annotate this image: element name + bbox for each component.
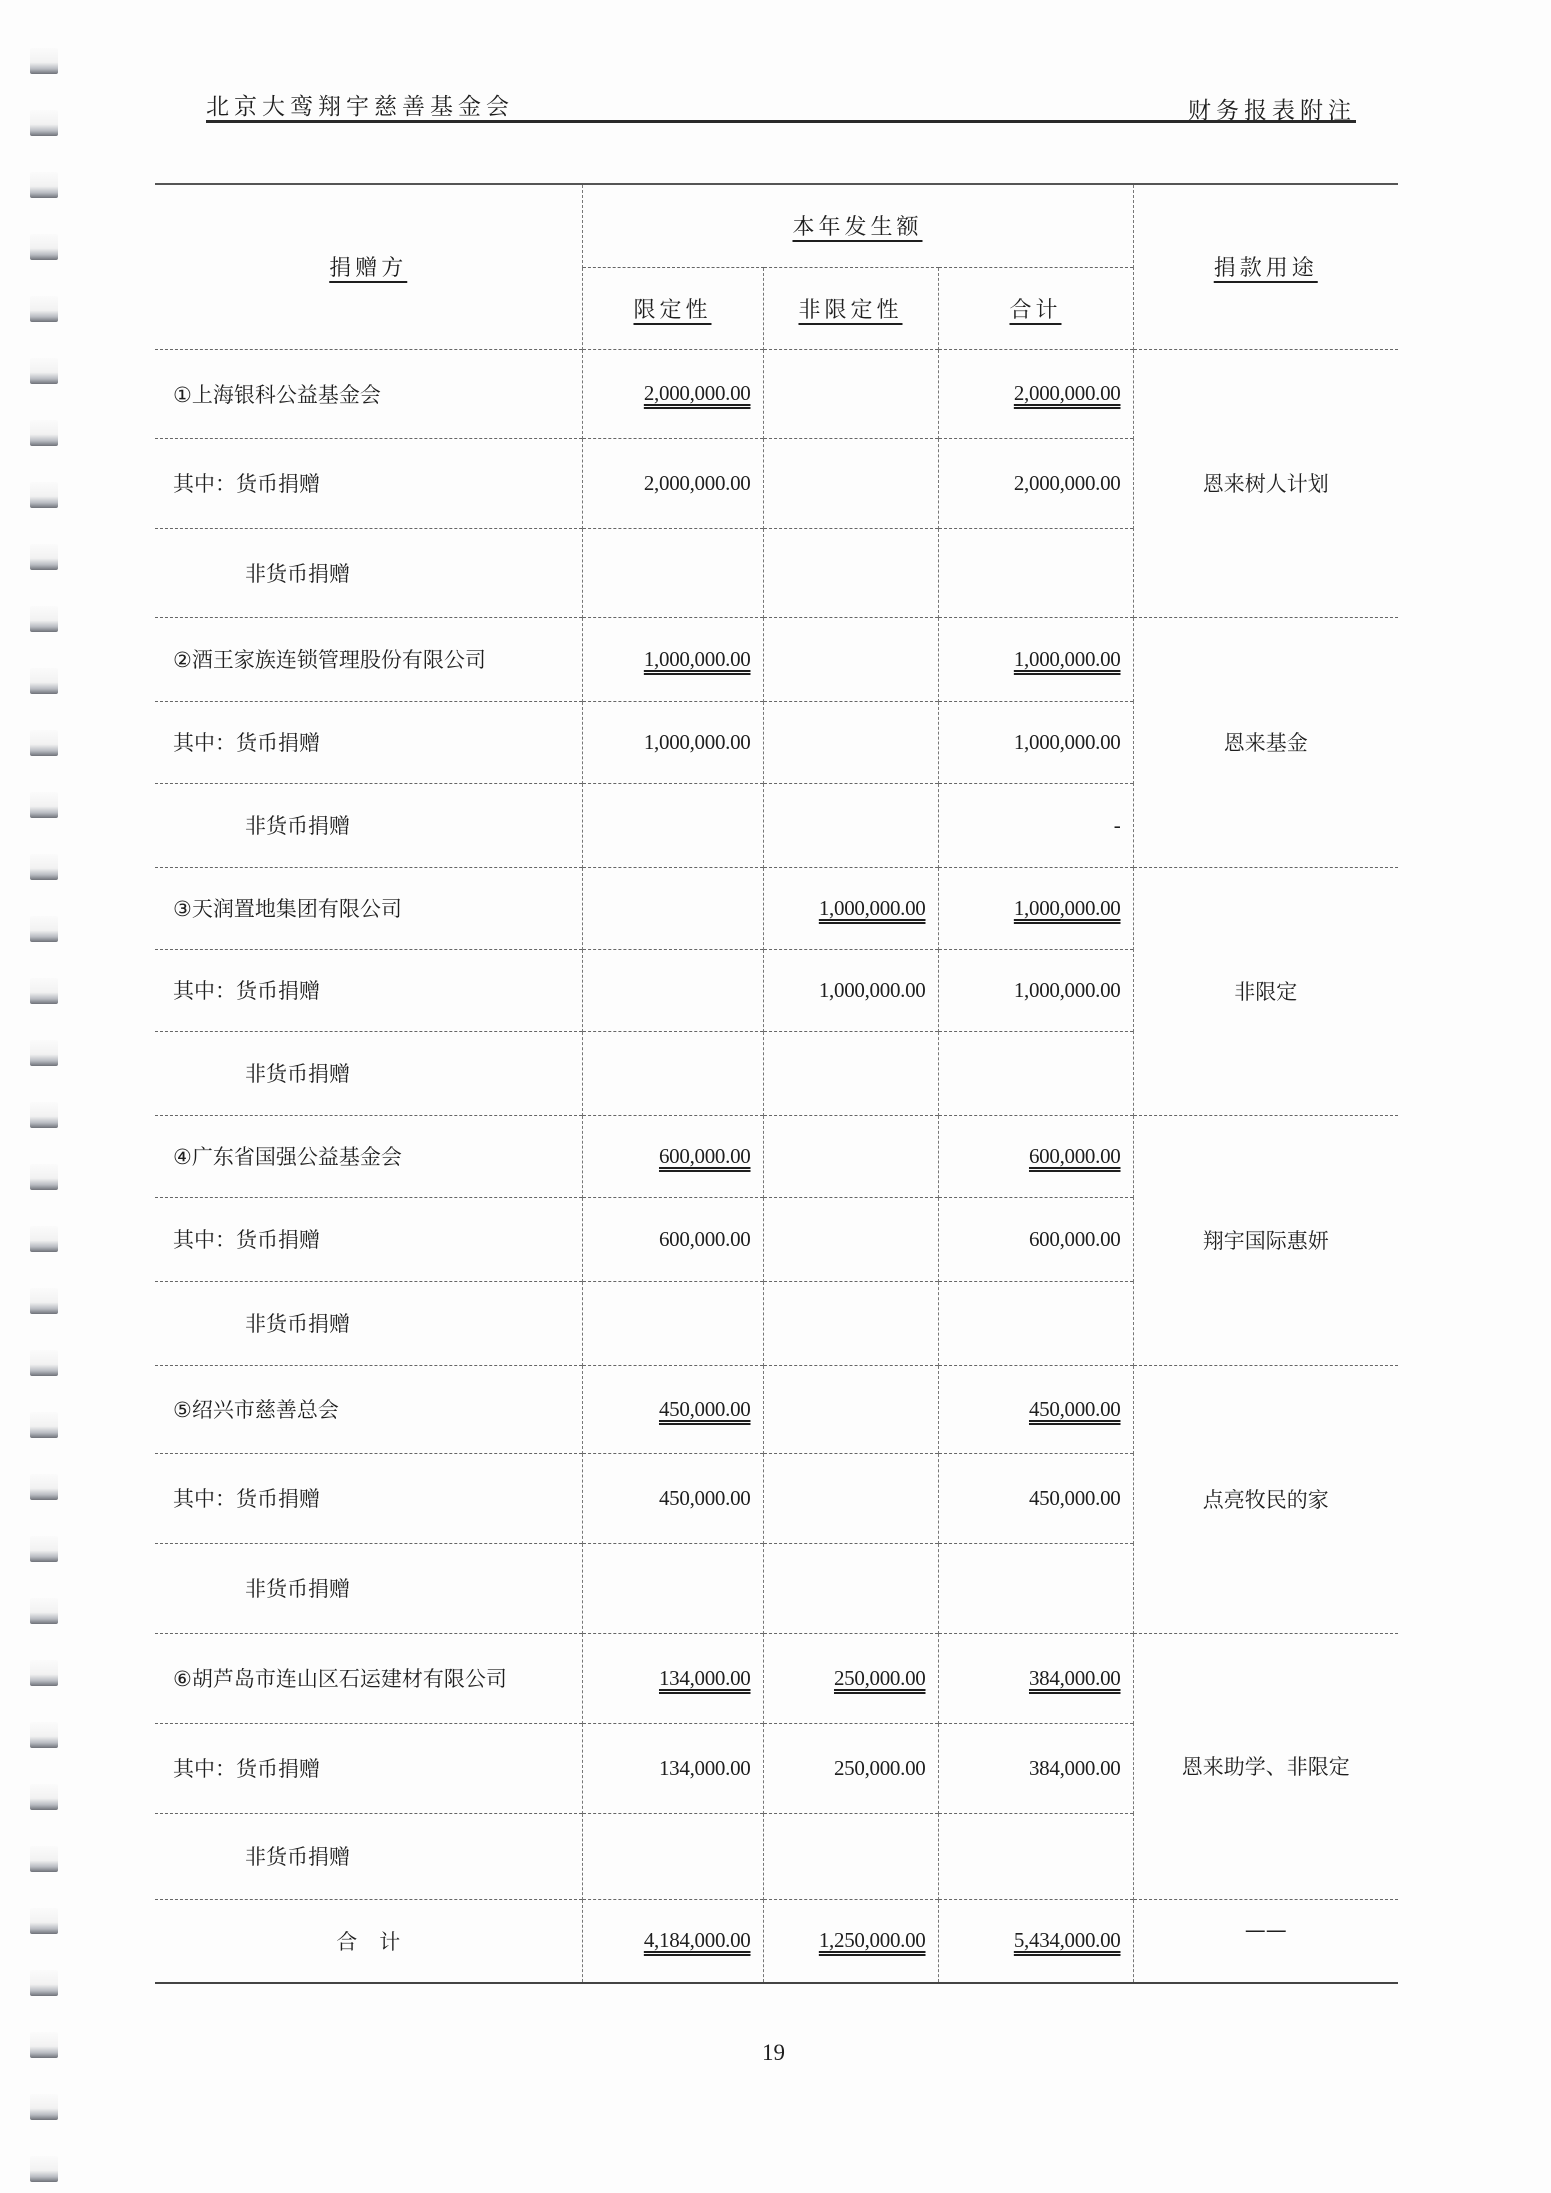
noncash-donation-label: 非货币捐赠 [155, 1813, 582, 1899]
binding-hole [30, 730, 58, 756]
column-header-restricted: 限定性 [582, 267, 763, 349]
cash-total-amount: 450,000.00 [938, 1453, 1133, 1543]
cash-donation-label: 其中：货币捐赠 [155, 701, 582, 783]
page-header: 北京大鸾翔宇慈善基金会 财务报表附注 [206, 84, 1356, 124]
header-rule [206, 120, 1356, 123]
total-amount: 450,000.00 [1029, 1397, 1121, 1421]
total-amount: 1,000,000.00 [1014, 896, 1121, 920]
donation-purpose: 恩来基金 [1133, 617, 1398, 867]
column-header-total: 合计 [938, 267, 1133, 349]
donation-purpose: 恩来树人计划 [1133, 349, 1398, 617]
table-row-donor: ③天润置地集团有限公司 1,000,000.00 1,000,000.00 非限… [155, 867, 1398, 949]
noncash-total-amount [938, 1813, 1133, 1899]
binding-hole [30, 1350, 58, 1376]
restricted-amount: 450,000.00 [659, 1397, 751, 1421]
totals-label: 合计 [155, 1899, 582, 1983]
binding-hole [30, 1164, 58, 1190]
binding-hole [30, 854, 58, 880]
noncash-unrestricted-amount [763, 528, 938, 617]
cash-unrestricted-amount [763, 1197, 938, 1281]
binding-hole [30, 1660, 58, 1686]
cash-unrestricted-amount [763, 701, 938, 783]
noncash-unrestricted-amount [763, 1031, 938, 1115]
cash-total-amount: 2,000,000.00 [938, 438, 1133, 528]
binding-hole [30, 544, 58, 570]
noncash-restricted-amount [582, 783, 763, 867]
noncash-restricted-amount [582, 1281, 763, 1365]
table-row-donor: ④广东省国强公益基金会 600,000.00 600,000.00 翔宇国际惠妍 [155, 1115, 1398, 1197]
donor-name: ①上海银科公益基金会 [155, 349, 582, 438]
cash-restricted-amount: 450,000.00 [582, 1453, 763, 1543]
binding-hole [30, 234, 58, 260]
donations-table: 捐赠方 本年发生额 捐款用途 限定性 非限定性 合计 ①上海银科公益基金会 2,… [155, 183, 1398, 1984]
binding-hole [30, 1040, 58, 1066]
binding-hole [30, 1846, 58, 1872]
noncash-restricted-amount [582, 528, 763, 617]
noncash-donation-label: 非货币捐赠 [155, 1281, 582, 1365]
binding-hole [30, 668, 58, 694]
totals-purpose: —— [1133, 1899, 1398, 1983]
binding-hole [30, 1722, 58, 1748]
totals-restricted: 4,184,000.00 [644, 1928, 751, 1952]
table-row-donor: ⑤绍兴市慈善总会 450,000.00 450,000.00 点亮牧民的家 [155, 1365, 1398, 1453]
donation-purpose: 点亮牧民的家 [1133, 1365, 1398, 1633]
binding-hole [30, 1102, 58, 1128]
totals-total: 5,434,000.00 [1014, 1928, 1121, 1952]
binding-hole [30, 358, 58, 384]
total-amount: 2,000,000.00 [1014, 381, 1121, 405]
donor-name: ⑤绍兴市慈善总会 [155, 1365, 582, 1453]
column-header-purpose: 捐款用途 [1133, 184, 1398, 349]
binding-hole [30, 792, 58, 818]
noncash-donation-label: 非货币捐赠 [155, 528, 582, 617]
cash-unrestricted-amount [763, 438, 938, 528]
binding-hole [30, 172, 58, 198]
cash-restricted-amount: 134,000.00 [582, 1723, 763, 1813]
cash-restricted-amount: 600,000.00 [582, 1197, 763, 1281]
binding-hole [30, 1784, 58, 1810]
binding-hole [30, 2156, 58, 2182]
cash-unrestricted-amount: 250,000.00 [763, 1723, 938, 1813]
binding-hole [30, 978, 58, 1004]
noncash-unrestricted-amount [763, 1543, 938, 1633]
binding-hole [30, 1226, 58, 1252]
noncash-donation-label: 非货币捐赠 [155, 783, 582, 867]
binding-hole [30, 420, 58, 446]
donation-purpose: 翔宇国际惠妍 [1133, 1115, 1398, 1365]
binding-hole [30, 1598, 58, 1624]
cash-donation-label: 其中：货币捐赠 [155, 438, 582, 528]
noncash-total-amount: - [938, 783, 1133, 867]
noncash-restricted-amount [582, 1543, 763, 1633]
unrestricted-amount: 1,000,000.00 [819, 896, 926, 920]
cash-donation-label: 其中：货币捐赠 [155, 1723, 582, 1813]
binding-hole [30, 48, 58, 74]
binding-hole [30, 296, 58, 322]
binding-hole [30, 1412, 58, 1438]
cash-restricted-amount: 1,000,000.00 [582, 701, 763, 783]
page-number: 19 [762, 2040, 785, 2066]
noncash-unrestricted-amount [763, 1813, 938, 1899]
cash-donation-label: 其中：货币捐赠 [155, 949, 582, 1031]
total-amount: 384,000.00 [1029, 1666, 1121, 1690]
cash-donation-label: 其中：货币捐赠 [155, 1453, 582, 1543]
donor-name: ③天润置地集团有限公司 [155, 867, 582, 949]
cash-restricted-amount: 2,000,000.00 [582, 438, 763, 528]
table-row-donor: ②酒王家族连锁管理股份有限公司 1,000,000.00 1,000,000.0… [155, 617, 1398, 701]
binding-hole [30, 2032, 58, 2058]
binding-hole [30, 1970, 58, 1996]
total-amount: 600,000.00 [1029, 1144, 1121, 1168]
noncash-total-amount [938, 1031, 1133, 1115]
donor-name: ④广东省国强公益基金会 [155, 1115, 582, 1197]
unrestricted-amount: 250,000.00 [834, 1666, 926, 1690]
binding-hole [30, 482, 58, 508]
column-header-unrestricted: 非限定性 [763, 267, 938, 349]
cash-donation-label: 其中：货币捐赠 [155, 1197, 582, 1281]
binding-hole [30, 916, 58, 942]
cash-total-amount: 1,000,000.00 [938, 949, 1133, 1031]
binding-hole [30, 110, 58, 136]
noncash-restricted-amount [582, 1813, 763, 1899]
binding-holes [30, 0, 60, 2193]
noncash-total-amount [938, 528, 1133, 617]
binding-hole [30, 1474, 58, 1500]
restricted-amount: 2,000,000.00 [644, 381, 751, 405]
binding-hole [30, 606, 58, 632]
column-header-donor: 捐赠方 [155, 184, 582, 349]
cash-unrestricted-amount: 1,000,000.00 [763, 949, 938, 1031]
total-amount: 1,000,000.00 [1014, 647, 1121, 671]
noncash-unrestricted-amount [763, 783, 938, 867]
binding-hole [30, 1536, 58, 1562]
column-header-current-year: 本年发生额 [582, 184, 1133, 267]
cash-total-amount: 384,000.00 [938, 1723, 1133, 1813]
binding-hole [30, 2094, 58, 2120]
donation-purpose: 恩来助学、非限定 [1133, 1633, 1398, 1899]
noncash-total-amount [938, 1543, 1133, 1633]
restricted-amount: 600,000.00 [659, 1144, 751, 1168]
noncash-donation-label: 非货币捐赠 [155, 1031, 582, 1115]
table-row-totals: 合计 4,184,000.00 1,250,000.00 5,434,000.0… [155, 1899, 1398, 1983]
organization-name: 北京大鸾翔宇慈善基金会 [206, 88, 514, 121]
donor-name: ⑥胡芦岛市连山区石运建材有限公司 [155, 1633, 582, 1723]
cash-total-amount: 600,000.00 [938, 1197, 1133, 1281]
binding-hole [30, 1908, 58, 1934]
cash-total-amount: 1,000,000.00 [938, 701, 1133, 783]
table-row-donor: ①上海银科公益基金会 2,000,000.00 2,000,000.00 恩来树… [155, 349, 1398, 438]
noncash-total-amount [938, 1281, 1133, 1365]
restricted-amount: 1,000,000.00 [644, 647, 751, 671]
noncash-donation-label: 非货币捐赠 [155, 1543, 582, 1633]
noncash-restricted-amount [582, 1031, 763, 1115]
donation-purpose: 非限定 [1133, 867, 1398, 1115]
cash-restricted-amount [582, 949, 763, 1031]
restricted-amount: 134,000.00 [659, 1666, 751, 1690]
cash-unrestricted-amount [763, 1453, 938, 1543]
totals-unrestricted: 1,250,000.00 [819, 1928, 926, 1952]
table-row-donor: ⑥胡芦岛市连山区石运建材有限公司 134,000.00 250,000.00 3… [155, 1633, 1398, 1723]
binding-hole [30, 1288, 58, 1314]
noncash-unrestricted-amount [763, 1281, 938, 1365]
donor-name: ②酒王家族连锁管理股份有限公司 [155, 617, 582, 701]
